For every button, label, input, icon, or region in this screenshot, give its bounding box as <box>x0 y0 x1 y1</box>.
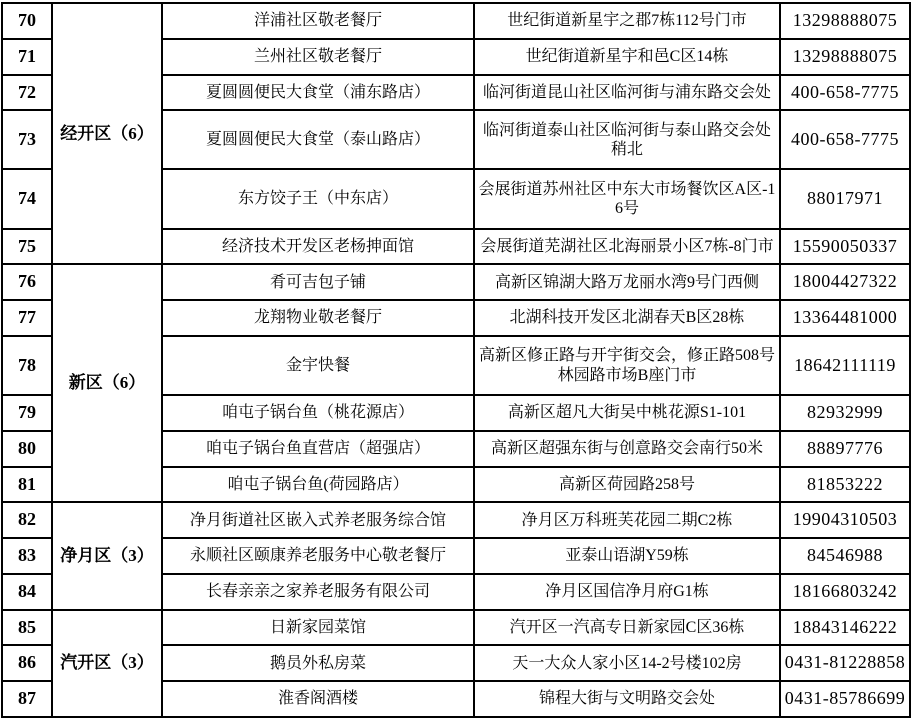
restaurant-phone: 88017971 <box>780 169 910 228</box>
restaurant-name: 咱屯子锅台鱼直营店（超强店） <box>162 431 474 467</box>
row-number: 79 <box>2 395 52 431</box>
row-number: 85 <box>2 610 52 646</box>
row-number: 73 <box>2 110 52 169</box>
row-number: 78 <box>2 336 52 395</box>
restaurant-address: 高新区修正路与开宇街交会，修正路508号林园路市场B座门市 <box>474 336 780 395</box>
restaurant-name: 净月街道社区嵌入式养老服务综合馆 <box>162 502 474 538</box>
restaurant-name: 经济技术开发区老杨抻面馆 <box>162 229 474 265</box>
restaurant-name: 淮香阁酒楼 <box>162 681 474 717</box>
restaurant-address: 高新区荷园路258号 <box>474 467 780 503</box>
row-number: 83 <box>2 538 52 574</box>
district-cell: 新区（6） <box>52 264 162 502</box>
row-number: 71 <box>2 39 52 75</box>
restaurant-address: 高新区超强东街与创意路交会南行50米 <box>474 431 780 467</box>
restaurant-name: 夏圆圆便民大食堂（浦东路店） <box>162 75 474 111</box>
row-number: 86 <box>2 645 52 681</box>
row-number: 72 <box>2 75 52 111</box>
restaurant-address: 高新区锦湖大路万龙丽水湾9号门西侧 <box>474 264 780 300</box>
restaurant-address: 临河街道昆山社区临河街与浦东路交会处 <box>474 75 780 111</box>
restaurant-name: 洋浦社区敬老餐厅 <box>162 3 474 39</box>
restaurant-name: 兰州社区敬老餐厅 <box>162 39 474 75</box>
restaurant-phone: 0431-81228858 <box>780 645 910 681</box>
restaurant-name: 东方饺子王（中东店） <box>162 169 474 228</box>
row-number: 87 <box>2 681 52 717</box>
restaurant-phone: 400-658-7775 <box>780 110 910 169</box>
restaurant-name: 肴可吉包子铺 <box>162 264 474 300</box>
restaurant-name: 咱屯子锅台鱼（桃花源店） <box>162 395 474 431</box>
row-number: 82 <box>2 502 52 538</box>
restaurant-phone: 84546988 <box>780 538 910 574</box>
row-number: 80 <box>2 431 52 467</box>
restaurant-name: 金宇快餐 <box>162 336 474 395</box>
restaurant-name: 龙翔物业敬老餐厅 <box>162 300 474 336</box>
restaurant-phone: 13298888075 <box>780 39 910 75</box>
restaurant-address: 高新区超凡大街吴中桃花源S1-101 <box>474 395 780 431</box>
restaurant-name: 永顺社区颐康养老服务中心敬老餐厅 <box>162 538 474 574</box>
row-number: 74 <box>2 169 52 228</box>
row-number: 77 <box>2 300 52 336</box>
table-body: 70 经开区（6） 洋浦社区敬老餐厅 世纪街道新星宇之郡7栋112号门市 132… <box>2 3 910 717</box>
restaurant-address: 净月区万科班芙花园二期C2栋 <box>474 502 780 538</box>
row-number: 81 <box>2 467 52 503</box>
restaurant-address: 汽开区一汽高专日新家园C区36栋 <box>474 610 780 646</box>
restaurant-name: 鹅员外私房菜 <box>162 645 474 681</box>
table-row: 70 经开区（6） 洋浦社区敬老餐厅 世纪街道新星宇之郡7栋112号门市 132… <box>2 3 910 39</box>
district-cell: 汽开区（3） <box>52 610 162 717</box>
restaurant-phone: 13364481000 <box>780 300 910 336</box>
restaurant-name: 日新家园菜馆 <box>162 610 474 646</box>
table-row: 85 汽开区（3） 日新家园菜馆 汽开区一汽高专日新家园C区36栋 188431… <box>2 610 910 646</box>
restaurant-phone: 18166803242 <box>780 574 910 610</box>
restaurant-phone: 400-658-7775 <box>780 75 910 111</box>
restaurant-address: 净月区国信净月府G1栋 <box>474 574 780 610</box>
restaurant-address: 世纪街道新星宇和邑C区14栋 <box>474 39 780 75</box>
restaurant-address: 天一大众人家小区14-2号楼102房 <box>474 645 780 681</box>
restaurant-phone: 13298888075 <box>780 3 910 39</box>
restaurant-phone: 88897776 <box>780 431 910 467</box>
restaurant-phone: 19904310503 <box>780 502 910 538</box>
row-number: 76 <box>2 264 52 300</box>
restaurant-phone: 81853222 <box>780 467 910 503</box>
row-number: 75 <box>2 229 52 265</box>
restaurant-name: 长春亲亲之家养老服务有限公司 <box>162 574 474 610</box>
restaurant-phone: 18843146222 <box>780 610 910 646</box>
restaurant-address: 北湖科技开发区北湖春天B区28栋 <box>474 300 780 336</box>
restaurant-phone: 0431-85786699 <box>780 681 910 717</box>
table-row: 82 净月区（3） 净月街道社区嵌入式养老服务综合馆 净月区万科班芙花园二期C2… <box>2 502 910 538</box>
restaurant-address: 锦程大街与文明路交会处 <box>474 681 780 717</box>
restaurant-phone: 18004427322 <box>780 264 910 300</box>
restaurant-address: 会展街道芜湖社区北海丽景小区7栋-8门市 <box>474 229 780 265</box>
table-row: 76 新区（6） 肴可吉包子铺 高新区锦湖大路万龙丽水湾9号门西侧 180044… <box>2 264 910 300</box>
district-cell: 经开区（6） <box>52 3 162 264</box>
restaurant-address: 世纪街道新星宇之郡7栋112号门市 <box>474 3 780 39</box>
restaurant-phone: 15590050337 <box>780 229 910 265</box>
restaurant-name: 夏圆圆便民大食堂（泰山路店） <box>162 110 474 169</box>
restaurant-address: 亚泰山语湖Y59栋 <box>474 538 780 574</box>
restaurant-phone: 82932999 <box>780 395 910 431</box>
row-number: 70 <box>2 3 52 39</box>
district-cell: 净月区（3） <box>52 502 162 609</box>
restaurant-phone: 18642111119 <box>780 336 910 395</box>
row-number: 84 <box>2 574 52 610</box>
restaurant-table: 70 经开区（6） 洋浦社区敬老餐厅 世纪街道新星宇之郡7栋112号门市 132… <box>1 2 911 718</box>
restaurant-address: 会展街道苏州社区中东大市场餐饮区A区-16号 <box>474 169 780 228</box>
restaurant-address: 临河街道泰山社区临河街与泰山路交会处稍北 <box>474 110 780 169</box>
restaurant-name: 咱屯子锅台鱼(荷园路店） <box>162 467 474 503</box>
